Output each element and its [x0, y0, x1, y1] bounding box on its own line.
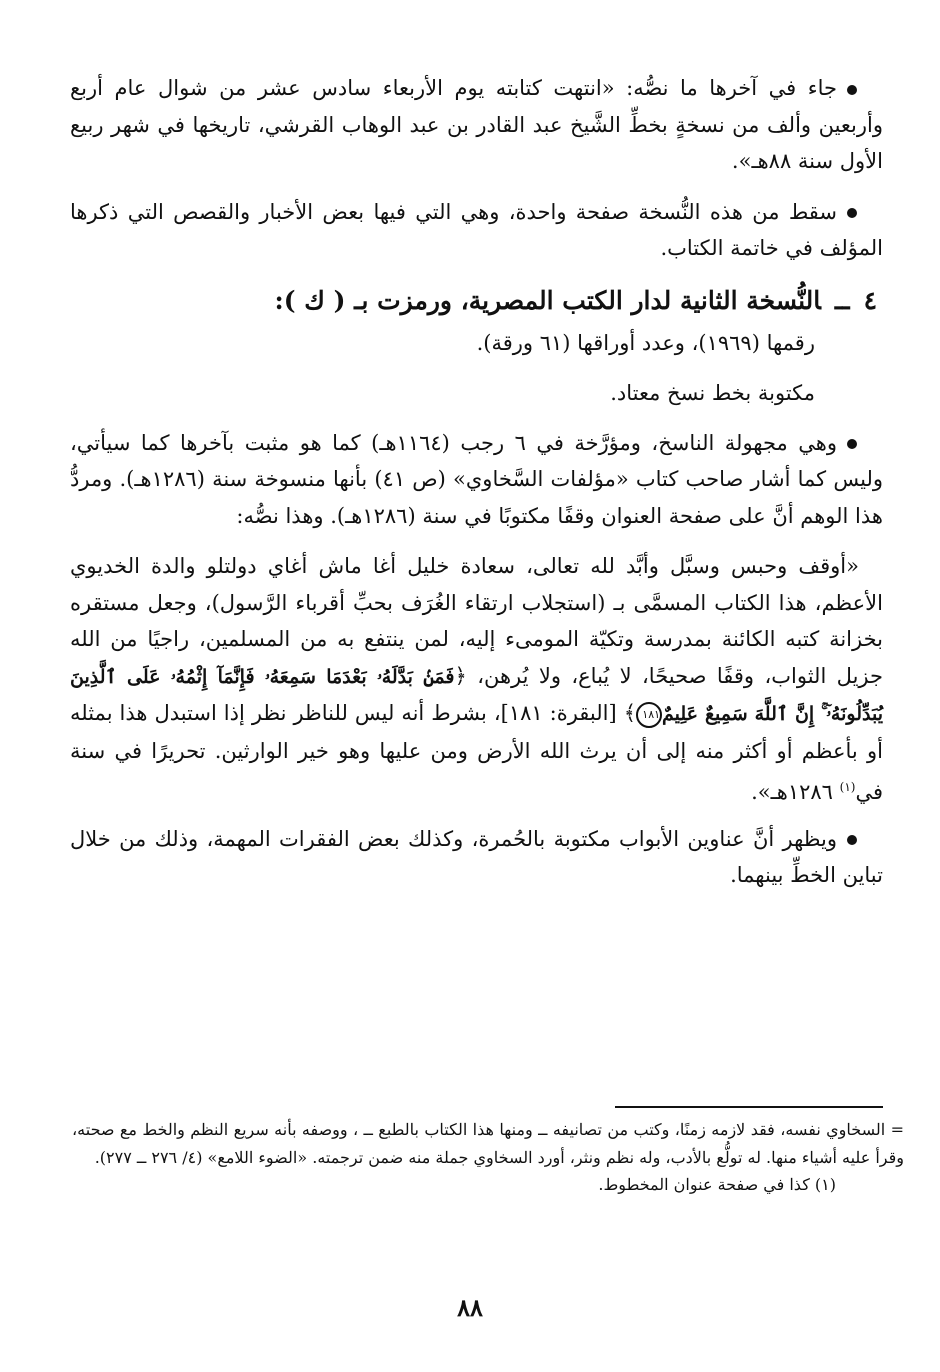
quote-text-end: ١٢٨٦هـ».: [751, 780, 833, 804]
bullet-icon: [847, 439, 857, 449]
quran-close-bracket: ﴾: [624, 701, 636, 725]
paragraph-text: وهي مجهولة الناسخ، ومؤرَّخة في ٦ رجب (١١…: [70, 431, 883, 528]
paragraph-missing-page: سقط من هذه النُّسخة صفحة واحدة، وهي التي…: [70, 194, 883, 267]
footnote-text: كذا في صفحة عنوان المخطوط.: [598, 1175, 809, 1194]
footnote-reference[interactable]: (١): [840, 780, 856, 794]
paragraph-dating: وهي مجهولة الناسخ، ومؤرَّخة في ٦ رجب (١١…: [70, 425, 883, 535]
footnotes: = السخاوي نفسه، فقد لازمه زمنًا، وكتب من…: [72, 1116, 904, 1199]
page-body: جاء في آخرها ما نصُّه: «انتهت كتابته يوم…: [70, 70, 883, 908]
section-heading: ٤ــالنُّسخة الثانية لدار الكتب المصرية، …: [70, 281, 883, 321]
footnote-1: (١) كذا في صفحة عنوان المخطوط.: [72, 1171, 904, 1199]
ayah-number-icon: ١٨١: [636, 702, 662, 728]
paragraph-colophon: جاء في آخرها ما نصُّه: «انتهت كتابته يوم…: [70, 70, 883, 180]
waqf-quote: «أوقف وحبس وسبَّل وأبَّد لله تعالى، سعاد…: [70, 548, 883, 811]
bullet-icon: [847, 85, 857, 95]
paragraph-text: جاء في آخرها ما نصُّه: «انتهت كتابته يوم…: [70, 76, 883, 173]
section-dash: ــ: [835, 286, 850, 315]
footnote-divider: [615, 1106, 883, 1108]
paragraph-text: سقط من هذه النُّسخة صفحة واحدة، وهي التي…: [70, 200, 883, 261]
page-number: ٨٨: [0, 1293, 940, 1322]
bullet-icon: [847, 208, 857, 218]
footnote-continued: = السخاوي نفسه، فقد لازمه زمنًا، وكتب من…: [72, 1116, 904, 1171]
bullet-icon: [847, 835, 857, 845]
paragraph-text: ويظهر أنَّ عناوين الأبواب مكتوبة بالحُمر…: [70, 827, 883, 888]
paragraph-headings-red: ويظهر أنَّ عناوين الأبواب مكتوبة بالحُمر…: [70, 821, 883, 894]
manuscript-number: رقمها (١٩٦٩)، وعدد أوراقها (٦١ ورقة).: [70, 325, 883, 361]
quran-open-bracket: ﴿: [454, 664, 466, 688]
section-number: ٤: [864, 286, 877, 315]
quran-citation: [البقرة: ١٨١]: [501, 701, 617, 725]
section-title: النُّسخة الثانية لدار الكتب المصرية، ورم…: [275, 286, 821, 315]
footnote-marker: (١): [815, 1175, 836, 1194]
manuscript-script: مكتوبة بخط نسخ معتاد.: [70, 375, 883, 411]
